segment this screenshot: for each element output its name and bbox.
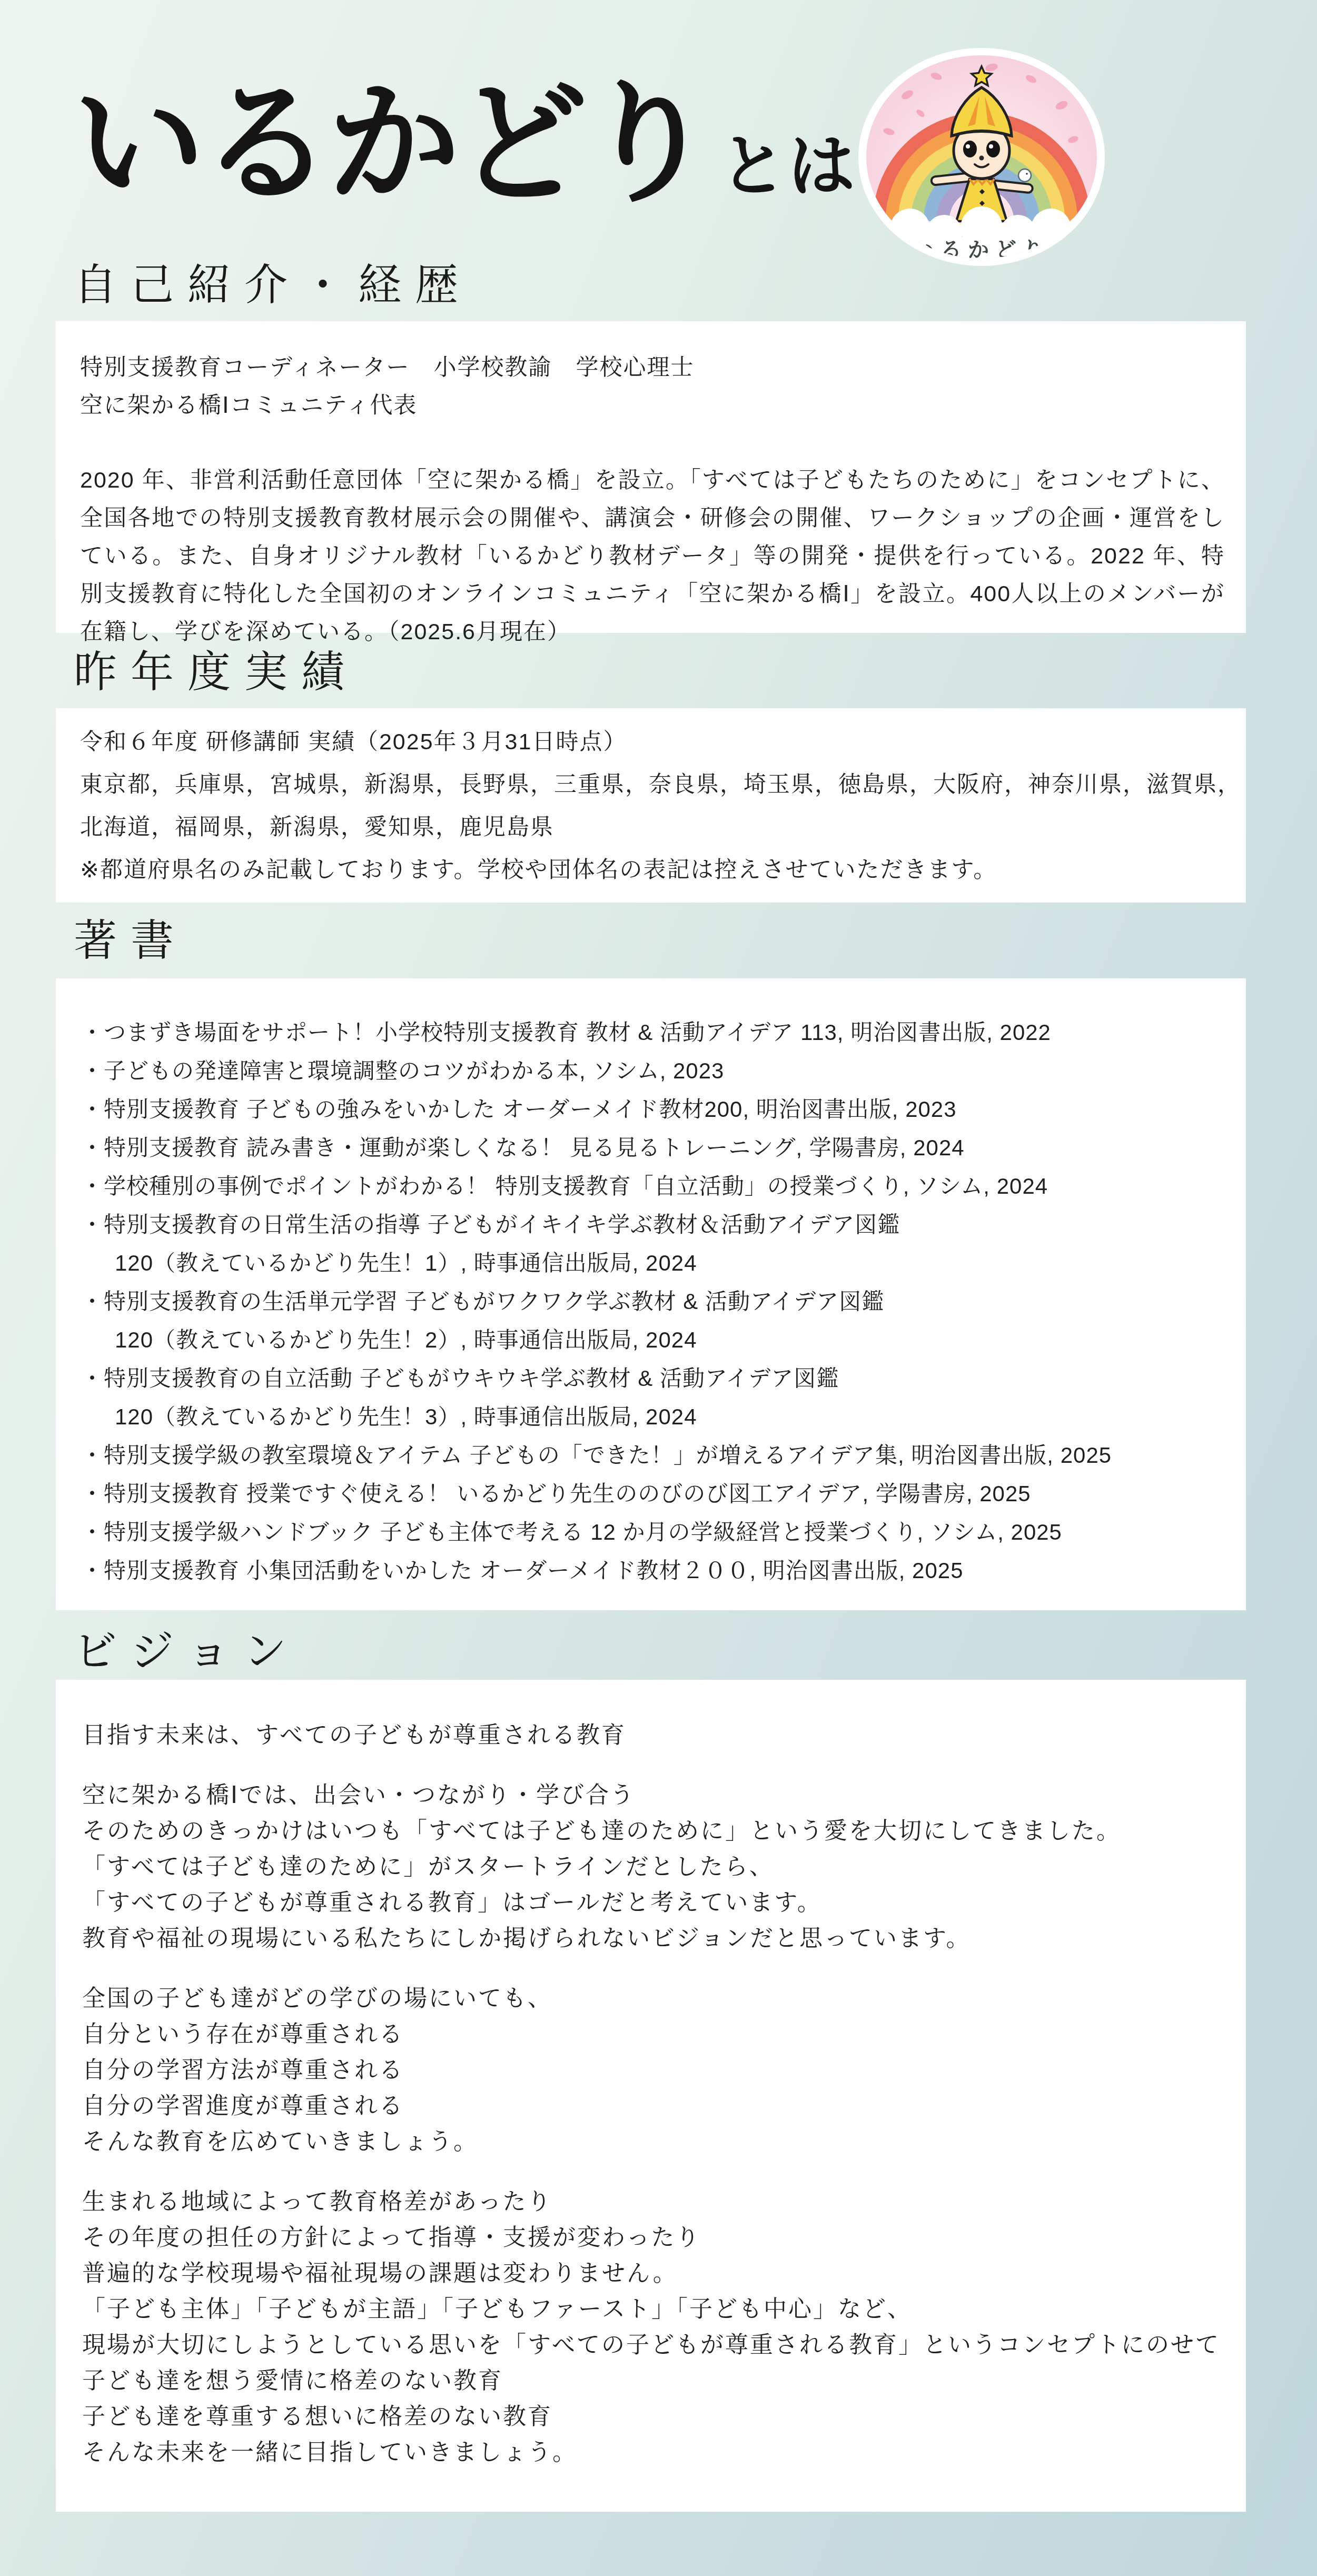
bird-icon [1018,169,1031,182]
page: いるかどりとは [0,0,1317,2576]
profile-paragraph: 2020 年、非営利活動任意団体「空に架かる橋」を設立。「すべては子どもたちのた… [80,461,1225,651]
vision-line: 「すべての子どもが尊重される教育」はゴールだと考えています。 [82,1885,1225,1921]
vision-card: 目指す未来は、すべての子どもが尊重される教育空に架かる橋Ⅰでは、出会い・つながり… [56,1680,1246,2512]
book-item: 120（教えているかどり先生！2）, 時事通信出版局, 2024 [81,1321,1227,1359]
profile-card: 特別支援教育コーディネーター 小学校教諭 学校心理士 空に架かる橋Ⅰコミュニティ… [56,321,1246,633]
book-item: ・特別支援教育 子どもの強みをいかした オーダーメイド教材200, 明治図書出版… [81,1090,1227,1128]
results-line: 令和６年度 研修講師 実績（2025年３月31日時点） [80,721,1225,764]
vision-line: そんな教育を広めていきましょう。 [82,2124,1225,2160]
results-line: 東京都，兵庫県，宮城県，新潟県，長野県，三重県，奈良県，埼玉県，徳島県，大阪府，… [80,764,1225,806]
logo-illustration: いるかどり [857,47,1106,269]
book-item: ・特別支援教育 授業ですぐ使える！ いるかどり先生ののびのび図工アイデア, 学陽… [81,1474,1227,1513]
section-results-heading: 昨年度実績 [74,649,358,696]
profile-role-line: 特別支援教育コーディネーター 小学校教諭 学校心理士 [80,349,1225,387]
profile-org-line: 空に架かる橋Ⅰコミュニティ代表 [80,387,1225,424]
results-card: 令和６年度 研修講師 実績（2025年３月31日時点）東京都，兵庫県，宮城県，新… [56,708,1246,903]
book-item: 120（教えているかどり先生！1）, 時事通信出版局, 2024 [81,1244,1227,1282]
results-line: 北海道，福岡県，新潟県，愛知県，鹿児島県 [80,806,1225,849]
book-item: ・学校種別の事例でポイントがわかる！ 特別支援教育「自立活動」の授業づくり, ソ… [81,1167,1227,1205]
vision-line: 子ども達を想う愛情に格差のない教育 [82,2363,1225,2399]
vision-line: 自分の学習進度が尊重される [82,2088,1225,2124]
page-title: いるかどり [73,71,710,219]
book-item: ・特別支援学級ハンドブック 子ども主体で考える 12 か月の学級経営と授業づくり… [81,1513,1227,1551]
vision-line: 全国の子ども達がどの学びの場にいても、 [82,1981,1225,2017]
vision-line: 普遍的な学校現場や福祉現場の課題は変わりません。 [82,2256,1225,2292]
vision-line: 教育や福祉の現場にいる私たちにしか掲げられないビジョンだと思っています。 [82,1921,1225,1957]
books-card: ・つまずき場面をサポート！小学校特別支援教育 教材 & 活動アイデア 113, … [56,978,1246,1610]
vision-line: そんな未来を一緒に目指していきましょう。 [82,2435,1225,2471]
book-item: ・特別支援教育 小集団活動をいかした オーダーメイド教材２００, 明治図書出版,… [81,1551,1227,1590]
book-item: ・特別支援教育の生活単元学習 子どもがワクワク学ぶ教材 & 活動アイデア図鑑 [81,1282,1227,1321]
vision-line: その年度の担任の方針によって指導・支援が変わったり [82,2220,1225,2256]
section-books-heading: 著書 [74,917,187,965]
page-title-suffix: とは [719,130,856,204]
vision-line: 自分という存在が尊重される [82,2017,1225,2053]
irukadori-logo-badge: いるかどり [857,47,1106,269]
vision-line: 現場が大切にしようとしている思いを「すべての子どもが尊重される教育」というコンセ… [82,2327,1225,2363]
results-line: ※都道府県名のみ記載しております。学校や団体名の表記は控えさせていただきます。 [80,849,1225,891]
vision-line: そのためのきっかけはいつも「すべては子ども達のために」という愛を大切にしてきまし… [82,1814,1225,1849]
vision-line: 「子ども主体」「子どもが主語」「子どもファースト」「子ども中心」など、 [82,2292,1225,2327]
vision-line: 空に架かる橋Ⅰでは、出会い・つながり・学び合う [82,1778,1225,1814]
vision-line: 生まれる地域によって教育格差があったり [82,2184,1225,2220]
section-vision-heading: ビジョン [74,1628,300,1676]
book-item: ・特別支援教育の日常生活の指導 子どもがイキイキ学ぶ教材＆活動アイデア図鑑 [81,1205,1227,1244]
page-title-row: いるかどりとは [73,62,863,228]
vision-line: 「すべては子ども達のために」がスタートラインだとしたら、 [82,1849,1225,1885]
book-item: ・特別支援学級の教室環境＆アイテム 子どもの「できた！」が増えるアイデア集, 明… [81,1436,1227,1474]
book-item: 120（教えているかどり先生！3）, 時事通信出版局, 2024 [81,1398,1227,1436]
vision-line: 目指す未来は、すべての子どもが尊重される教育 [82,1718,1225,1753]
vision-line: 自分の学習方法が尊重される [82,2053,1225,2088]
book-item: ・子どもの発達障害と環境調整のコツがわかる本, ソシム, 2023 [81,1052,1227,1090]
book-item: ・つまずき場面をサポート！小学校特別支援教育 教材 & 活動アイデア 113, … [81,1013,1227,1052]
book-item: ・特別支援教育の自立活動 子どもがウキウキ学ぶ教材 & 活動アイデア図鑑 [81,1359,1227,1398]
section-profile-heading: 自己紹介・経歴 [74,262,472,309]
book-item: ・特別支援教育 読み書き・運動が楽しくなる！ 見る見るトレーニング, 学陽書房,… [81,1128,1227,1167]
vision-line: 子ども達を尊重する想いに格差のない教育 [82,2399,1225,2435]
